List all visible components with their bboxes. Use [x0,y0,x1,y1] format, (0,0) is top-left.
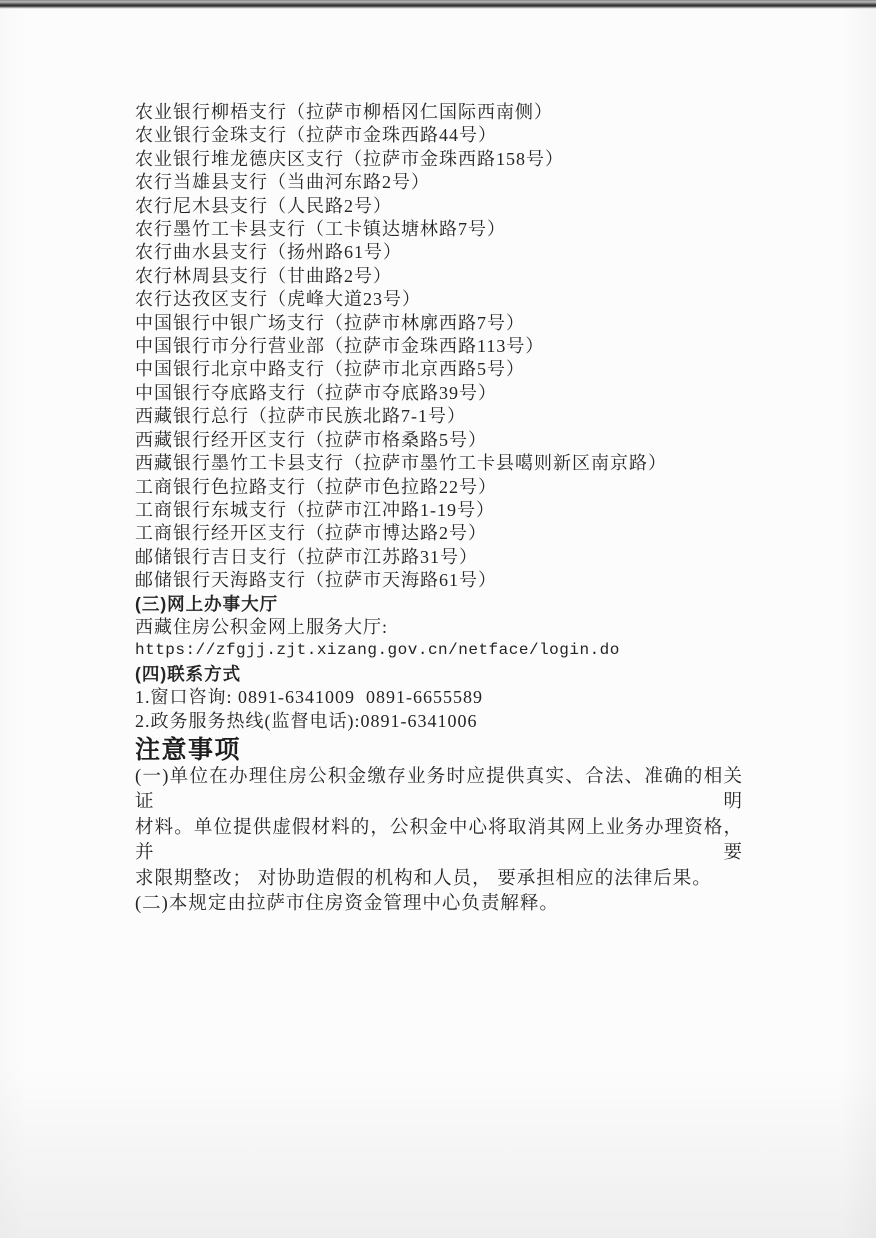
bank-branch-line: 工商银行经开区支行（拉萨市博达路2号） [135,522,747,545]
contact-window-line: 1.窗口咨询: 0891-6341009 0891-6655589 [135,686,747,709]
scanned-document-page: 农业银行柳梧支行（拉萨市柳梧冈仁国际西南侧） 农业银行金珠支行（拉萨市金珠西路4… [0,0,876,1238]
bank-branch-line: 农行尼木县支行（人民路2号） [135,195,747,218]
scanner-edge-top [0,0,876,9]
notice-item1-line1: (一)单位在办理住房公积金缴存业务时应提供真实、合法、准确的相关证明 [135,765,743,816]
bank-branch-line: 中国银行市分行营业部（拉萨市金珠西路113号） [135,335,747,358]
bank-branch-line: 西藏银行经开区支行（拉萨市格桑路5号） [135,429,747,452]
bank-branch-line: 西藏银行墨竹工卡县支行（拉萨市墨竹工卡县噶则新区南京路） [135,452,747,475]
section-heading-contact: (四)联系方式 [135,663,747,686]
bank-branch-line: 农行墨竹工卡县支行（工卡镇达塘林路7号） [135,218,747,241]
bank-branch-line: 邮储银行天海路支行（拉萨市天海路61号） [135,569,747,592]
contact-hotline-line: 2.政务服务热线(监督电话):0891-6341006 [135,710,747,733]
online-hall-url: https://zfgjj.zjt.xizang.gov.cn/netface/… [135,639,747,662]
bank-branch-line: 农业银行堆龙德庆区支行（拉萨市金珠西路158号） [135,148,747,171]
section-heading-online-hall: (三)网上办事大厅 [135,593,747,616]
document-content: 农业银行柳梧支行（拉萨市柳梧冈仁国际西南侧） 农业银行金珠支行（拉萨市金珠西路4… [135,101,747,917]
bank-branch-line: 工商银行色拉路支行（拉萨市色拉路22号） [135,476,747,499]
bank-branch-line: 农业银行金珠支行（拉萨市金珠西路44号） [135,124,747,147]
bank-branch-line: 农业银行柳梧支行（拉萨市柳梧冈仁国际西南侧） [135,101,747,124]
bank-branch-line: 农行曲水县支行（扬州路61号） [135,241,747,264]
bank-branch-line: 中国银行夺底路支行（拉萨市夺底路39号） [135,382,747,405]
bank-branch-line: 工商银行东城支行（拉萨市江冲路1-19号） [135,499,747,522]
bank-branch-line: 农行当雄县支行（当曲河东路2号） [135,171,747,194]
bank-branch-line: 西藏银行总行（拉萨市民族北路7-1号） [135,405,747,428]
online-hall-intro: 西藏住房公积金网上服务大厅: [135,616,747,639]
notice-item2: (二)本规定由拉萨市住房资金管理中心负责解释。 [135,892,743,917]
bank-branch-line: 农行达孜区支行（虎峰大道23号） [135,288,747,311]
notice-item1-line3: 求限期整改； 对协助造假的机构和人员， 要承担相应的法律后果。 [135,867,743,892]
bank-branch-line: 邮储银行吉日支行（拉萨市江苏路31号） [135,546,747,569]
bank-branch-line: 农行林周县支行（甘曲路2号） [135,265,747,288]
bank-branch-line: 中国银行北京中路支行（拉萨市北京西路5号） [135,358,747,381]
notice-item1-line2: 材料。单位提供虚假材料的，公积金中心将取消其网上业务办理资格，并要 [135,816,743,867]
bank-branch-line: 中国银行中银广场支行（拉萨市林廓西路7号） [135,312,747,335]
notice-title: 注意事项 [135,735,747,765]
